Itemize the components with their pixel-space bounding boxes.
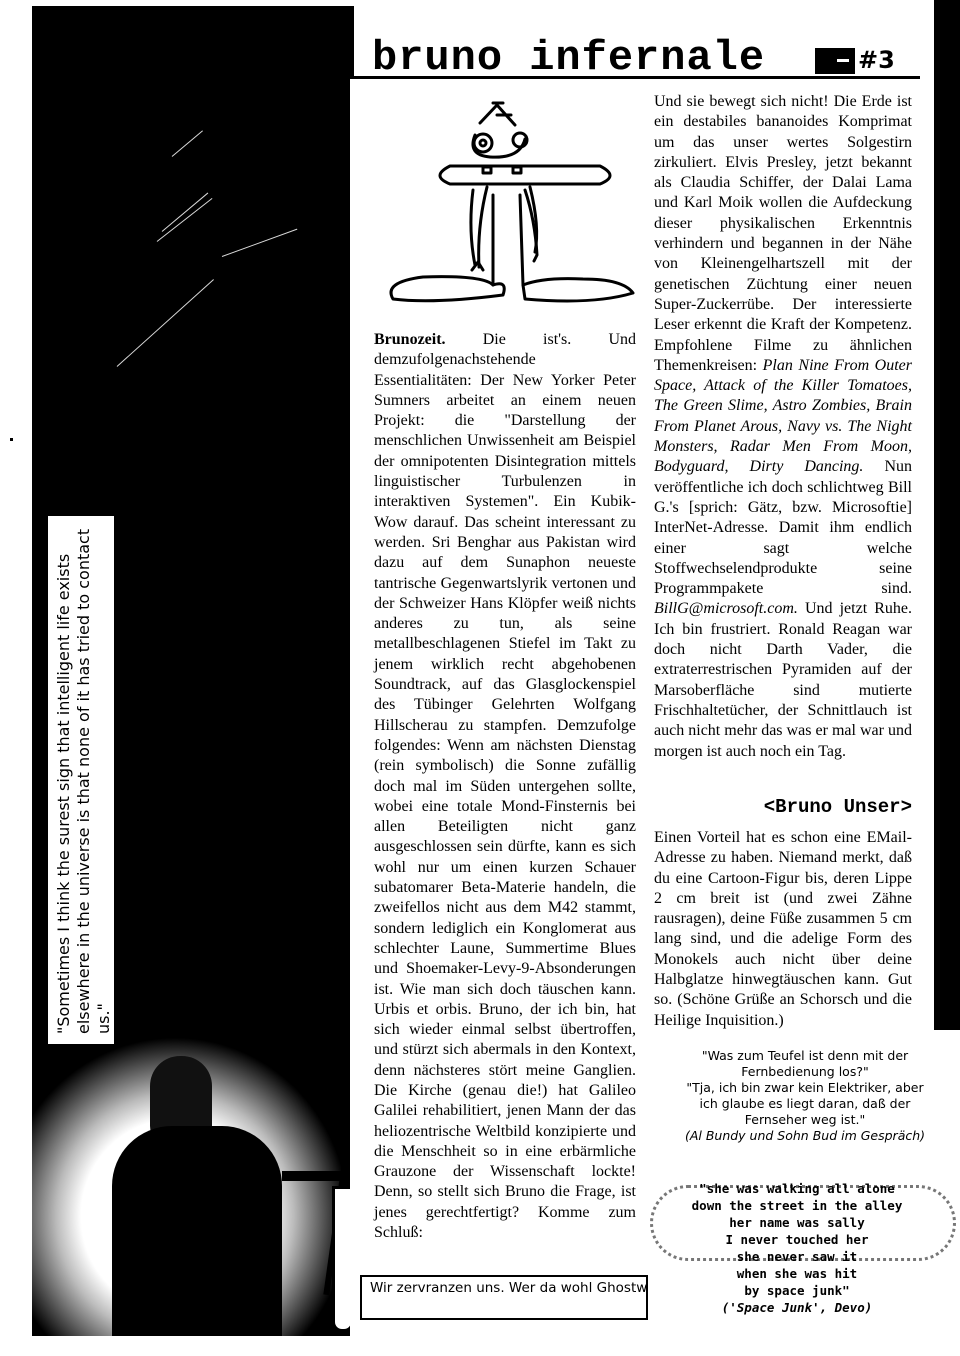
ghostwriter-text: Wir zervranzen uns. Wer da wohl Ghostwri… — [370, 1280, 648, 1296]
photo-streak — [162, 193, 209, 232]
lyric-line: when she was hit — [662, 1265, 932, 1282]
masthead-title: bruno infernale — [372, 36, 765, 80]
article-body: Und jetzt Ruhe. Ich bin frustriert. Rona… — [654, 600, 912, 759]
lyric-line: down the street in the alley — [662, 1197, 932, 1214]
bundy-quote-line1: "Was zum Teufel ist denn mit der Fernbed… — [680, 1048, 930, 1080]
article-body: Und sie bewegt sich nicht! Die Erde ist … — [654, 93, 912, 374]
article-column-right: Und sie bewegt sich nicht! Die Erde ist … — [654, 92, 912, 762]
stray-mark — [10, 438, 13, 441]
lyric-line: she never saw it — [662, 1248, 932, 1265]
lyric-line: "she was walking all alone — [662, 1180, 932, 1197]
issue-number: #3 — [858, 46, 895, 74]
devo-lyric: "she was walking all alone down the stre… — [662, 1180, 932, 1316]
photo-streak — [172, 130, 203, 156]
masthead: bruno infernale #3 — [350, 18, 925, 76]
article-postscript: Einen Vorteil hat es schon eine EMail-Ad… — [654, 828, 912, 1031]
ghostwriter-box: Wir zervranzen uns. Wer da wohl Ghostwri… — [360, 1275, 648, 1320]
email-link[interactable]: BillG@microsoft.com. — [654, 600, 798, 617]
photo-streak — [157, 198, 213, 242]
sidebar-quote-text: "Sometimes I think the surest sign that … — [48, 516, 114, 1044]
masthead-rule — [350, 76, 920, 79]
logo-icon — [815, 48, 855, 74]
scale-pan — [332, 1186, 350, 1332]
lyric-line: I never touched her — [662, 1231, 932, 1248]
page-edge-bar — [934, 0, 960, 1030]
bundy-quote-attribution: (Al Bundy und Sohn Bud im Gespräch) — [680, 1128, 930, 1144]
robed-figure — [112, 1126, 282, 1336]
article-body: Nun veröffentliche ich doch schlichtweg … — [654, 458, 912, 597]
bundy-quote: "Was zum Teufel ist denn mit der Fernbed… — [680, 1048, 930, 1144]
author-signature: <Bruno Unser> — [654, 796, 912, 818]
article-column-left: Brunozeit. Die ist's. Und demzufolgenach… — [374, 330, 636, 1243]
bundy-quote-line2: "Tja, ich bin zwar kein Elektriker, aber… — [680, 1080, 930, 1128]
sidebar-quote-box: "Sometimes I think the surest sign that … — [48, 516, 114, 1044]
article-lead: Brunozeit. — [374, 331, 446, 348]
article-body: Die ist's. Und demzufolgenachstehende Es… — [374, 331, 636, 1241]
lyric-line: her name was sally — [662, 1214, 932, 1231]
photo-streak — [117, 279, 214, 367]
photo-streak — [222, 229, 298, 257]
bruno-cartoon-icon — [375, 95, 645, 310]
lyric-line: by space junk" — [662, 1282, 932, 1299]
lyric-attribution: ('Space Junk', Devo) — [662, 1299, 932, 1316]
postscript-text: Einen Vorteil hat es schon eine EMail-Ad… — [654, 828, 912, 1031]
